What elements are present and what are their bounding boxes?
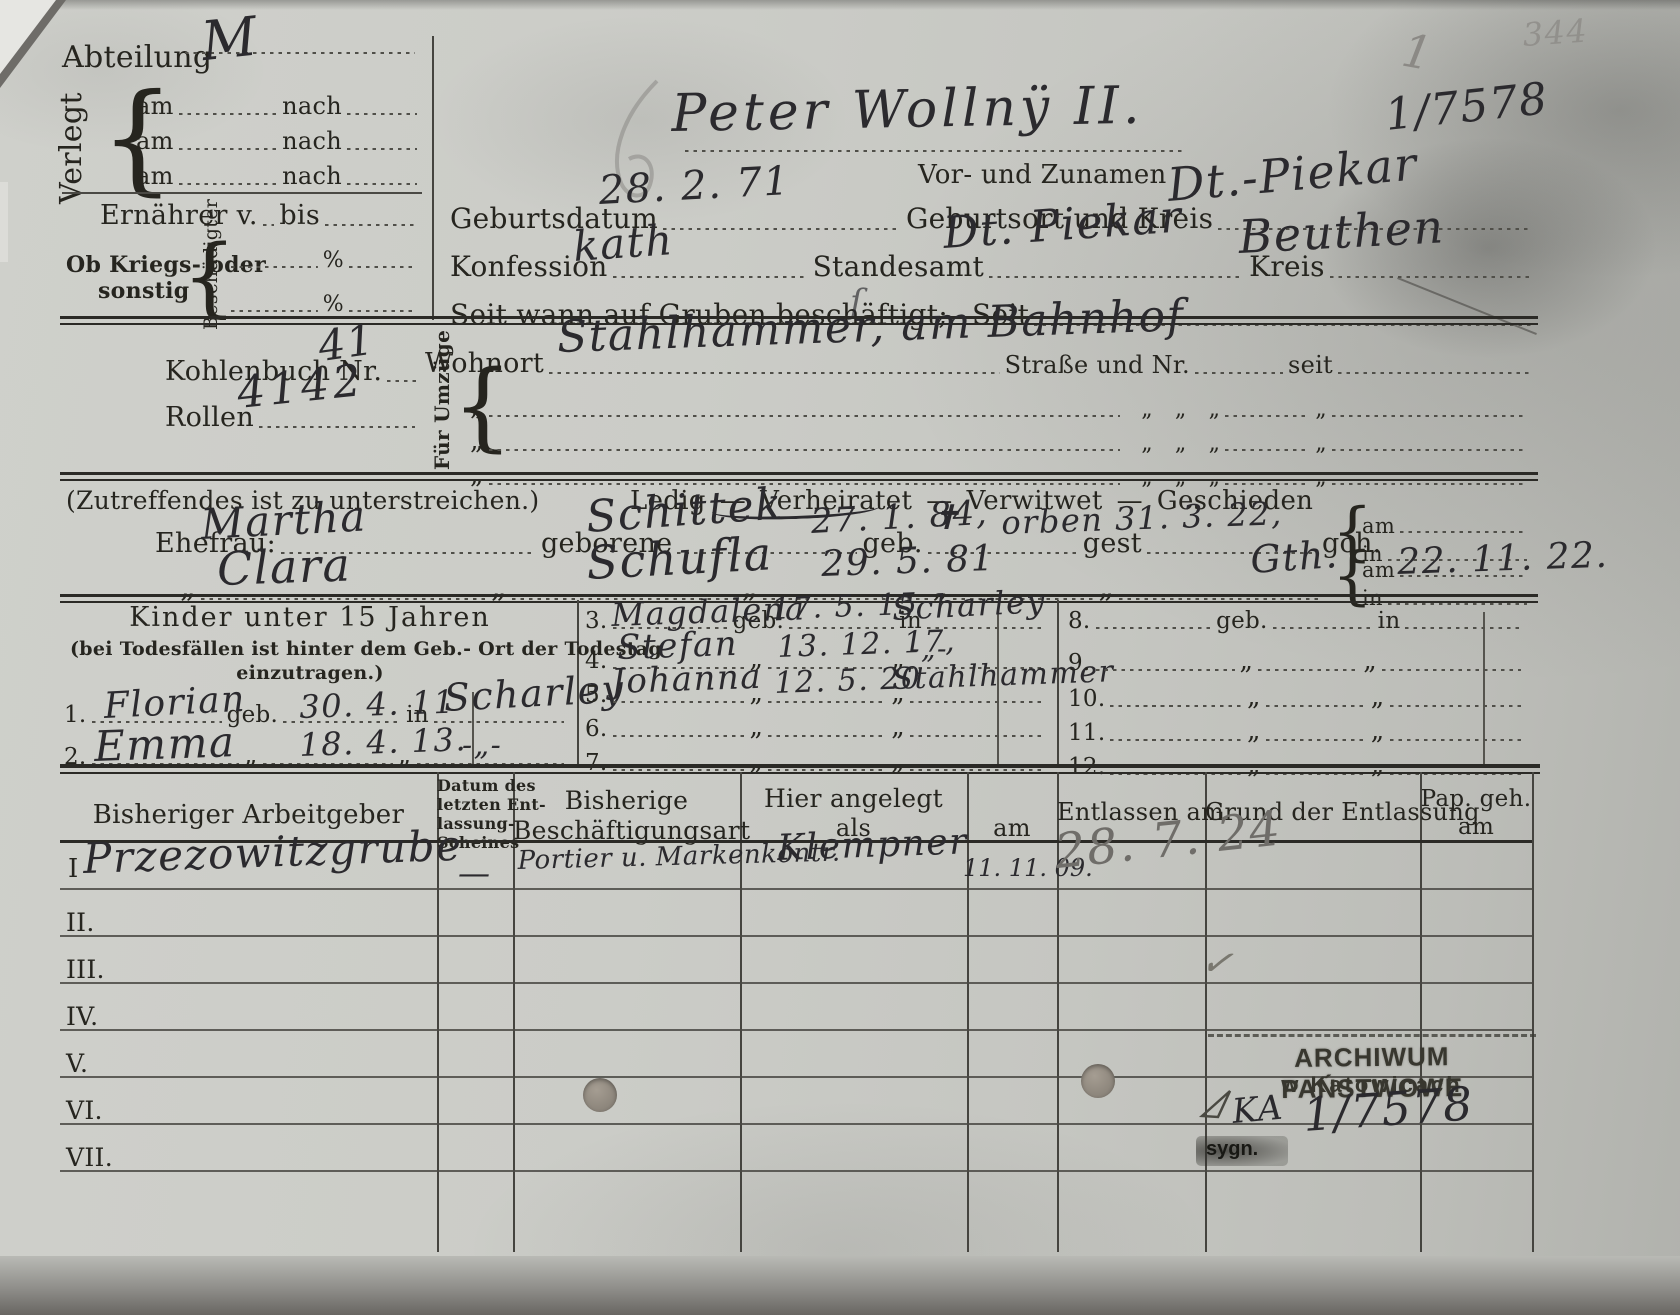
ditto-mark: „ [470,392,484,422]
stamp-hand-prefix: KA [1231,1088,1286,1132]
row1-arbeitgeber: Przezowitzgrube [82,821,463,883]
dotted-line [1096,619,1212,629]
verlegt-row: am nach [136,162,422,190]
header-beschaeftigung-line1: Bisherige [513,786,740,815]
dotted-line [231,302,318,312]
nach-label: nach [282,127,342,155]
wife2-name: Clara [216,537,352,596]
verlegt-label: Verlegt [54,92,89,204]
ditto-mark: „ [1315,431,1327,456]
dotted-line [1096,661,1235,671]
ditto-mark: „ [1209,431,1221,456]
percent-label: % [323,292,344,317]
umzug-row: „ „ „ „ „ [470,392,1532,422]
dotted-line [231,258,318,268]
ditto-mark: „ [1141,397,1153,422]
header-am: am [967,814,1057,842]
hole-punch [1081,1064,1115,1098]
dotted-line [1332,407,1527,417]
pencil-check: ✓ [1198,938,1237,986]
header-pap-line1: Pap. geh. [1420,786,1532,812]
dotted-line [1225,407,1310,417]
child-row: 6. „ „ [585,712,1047,742]
row-label: VI. [66,1096,103,1125]
child-place: -„- [462,728,502,763]
dotted-line [910,727,1042,737]
child-name: Emma [93,717,236,771]
wife1-death-cross: ✝ [932,498,962,538]
percent-row: % [226,292,422,317]
bis-label: bis [279,200,320,231]
am-label: am [136,162,174,190]
dotted-line [349,258,417,268]
stamp-hand-number: 1/7578 [1301,1076,1475,1142]
ditto-mark: „ [1247,716,1261,746]
child-num: 3. [585,608,608,634]
ditto-mark: „ [1371,716,1385,746]
ditto-mark: „ [1315,397,1327,422]
dotted-line [1390,697,1521,707]
child-num: 1. [64,702,87,728]
row-label: III. [66,955,105,984]
hole-punch [583,1078,617,1112]
table-row-line [60,935,1532,937]
dotted-line [613,268,808,278]
row-label: VII. [66,1143,113,1172]
dotted-line [489,441,1120,451]
percent-row: % [226,248,422,273]
child-row: 11. „ „ [1068,716,1526,746]
nach-label: nach [282,162,342,190]
row-label: IV. [66,1002,98,1031]
am-label: am [136,92,174,120]
dotted-line [179,140,277,150]
row-label: II. [66,908,95,937]
dotted-line [1110,697,1241,707]
dotted-line [989,268,1244,278]
wife1-am-line: am [1362,514,1532,538]
ditto-mark: „ [1175,431,1187,456]
ditto-mark: „ [750,712,764,742]
rule [62,192,422,194]
wohnort-label: Wohnort [425,348,544,379]
child-num: 8. [1068,608,1091,634]
geburtsort-value: Dt.-Piekar [1165,136,1419,212]
seit-label: seit [1288,351,1333,379]
section-rule-heavy [60,764,1540,774]
dotted-line [179,105,277,115]
ditto-mark: „ [1209,397,1221,422]
verlegt-row: am nach [136,92,422,120]
header-hier-angelegt: Hier angelegt [740,784,967,813]
wife2-birth: 29. 5. 81 [821,538,996,585]
table-row-line [60,888,1532,890]
dotted-line [349,302,417,312]
kriegs-label-line2: sonstig [98,278,189,304]
child-date: 30. 4. 11 [299,683,456,726]
dotted-line [1405,619,1521,629]
child-name: Johanna [611,657,763,702]
ditto-mark: „ [470,426,484,456]
row1-als: Klempner [777,821,969,869]
am-label: am [1362,514,1395,538]
children-note-1: (bei Todesfällen ist hinter dem Geb.- Or… [70,638,550,660]
pencil-one: 1 [1398,23,1438,82]
bottom-shadow [0,1256,1680,1315]
abteilung-value: M [198,4,261,73]
dotted-line [1258,661,1358,671]
child-place: Scharley [891,582,1047,628]
table-row-line [60,1029,1532,1031]
kreis-value: Beuthen [1237,199,1446,264]
dotted-line [1390,731,1521,741]
dotted-line [347,105,417,115]
strasse-label: Straße und Nr. [1005,351,1190,379]
dotted-line [259,418,415,428]
wife2-married-am: 22. 11. 22. [1397,535,1609,583]
am-label: am [136,127,174,155]
child-num: 5. [585,682,608,708]
dotted-line [347,140,417,150]
child-row: 10. „ „ [1068,682,1526,712]
dotted-line [1273,619,1373,629]
name-label: Vor- und Zunamen [918,160,1167,190]
verlegt-row: am nach [136,127,422,155]
dotted-line [613,727,745,737]
wife2-maiden: Schufla [585,526,774,590]
stamp-top-edge [1208,1034,1536,1037]
child-num: 9. [1068,650,1091,676]
header-pap-line2: am [1420,814,1532,840]
header-datum-line2: letzten Ent- [437,795,513,814]
dotted-line [549,364,1000,374]
table-row-line [60,1170,1532,1172]
dotted-line [1338,364,1533,374]
dotted-line [1266,697,1366,707]
geb-label: geb. [1216,608,1268,634]
dotted-line [1400,523,1527,533]
dotted-line [489,407,1120,417]
table-column-line [1532,772,1534,1252]
dotted-line [179,175,277,185]
dotted-line [663,220,901,230]
ditto-mark: „ [1363,646,1377,676]
dotted-line [685,142,1183,152]
child-num: 10. [1068,686,1105,712]
section-rule [60,472,1538,481]
name-value: Peter Wollnÿ II. [671,76,1144,144]
child-row: 9. „ „ [1068,646,1526,676]
file-number: 1/7578 [1383,73,1551,141]
dotted-line [347,175,417,185]
ditto-mark: „ [1240,646,1254,676]
child-row: 8. geb. in [1068,608,1526,634]
umzuege-label: Für Umzüge [430,366,454,470]
child-num: 11. [1068,720,1105,746]
header-datum-line1: Datum des [437,776,513,795]
child-num: 4. [585,648,608,674]
nach-label: nach [282,92,342,120]
dotted-line [1266,731,1366,741]
dotted-line [387,372,418,382]
konfession-value: kath [572,215,676,271]
page-number: 344 [1521,12,1589,54]
ditto-mark: „ [1141,431,1153,456]
dotted-line [1382,661,1521,671]
row-label: I [68,854,79,884]
ditto-mark: „ [1371,682,1385,712]
percent-label: % [323,248,344,273]
dotted-line [768,727,886,737]
column-divider [432,36,434,320]
children-heading: Kinder unter 15 Jahren [95,602,525,633]
table-row-line [60,982,1532,984]
ditto-mark: „ [891,712,905,742]
dotted-line [1225,441,1310,451]
ernaehrer-row: Ernährer v. bis [100,200,422,231]
ditto-mark: „ [1175,397,1187,422]
wife2-note: Gth. [1249,532,1340,582]
dotted-line [1332,441,1527,451]
child-date: 18. 4. 13. [299,720,468,764]
dotted-line [1330,268,1531,278]
beschaedigter-label: Beschädigter [200,228,222,330]
ditto-mark: „ [1247,682,1261,712]
row-label: V. [66,1049,88,1078]
dotted-line [1195,364,1283,374]
in-label: in [1378,608,1401,634]
record-card: Abteilung M Verlegt { am nach am nach am… [0,0,1680,1315]
umzug-row: „ „ „ „ „ [470,426,1532,456]
am-label: am [1362,558,1395,582]
dotted-line [325,216,417,226]
row1-datum: — [458,854,492,892]
dotted-line [1110,731,1241,741]
sygn-label: sygn. [1206,1138,1258,1161]
table-column-line [1420,772,1422,1252]
child-num: 6. [585,716,608,742]
dotted-line [263,216,275,226]
name-line [680,142,1188,157]
left-edge-tear [0,182,8,262]
